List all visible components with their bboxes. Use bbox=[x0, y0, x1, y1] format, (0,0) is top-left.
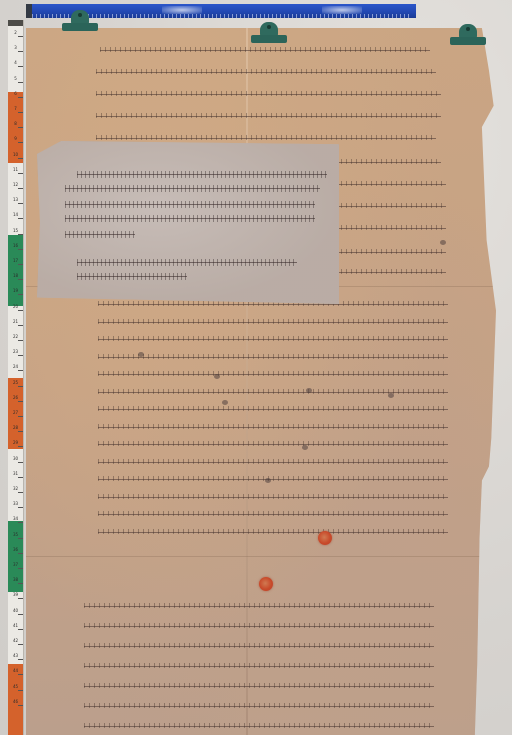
tape-tick bbox=[18, 629, 23, 630]
ruler-tick bbox=[232, 14, 233, 18]
tape-tick bbox=[18, 477, 23, 478]
script-line bbox=[98, 388, 448, 396]
script-glyphs bbox=[98, 423, 448, 431]
ink-blot bbox=[222, 400, 228, 405]
tape-number: 22 bbox=[9, 334, 22, 339]
tape-number: 14 bbox=[9, 212, 22, 217]
ruler-tick bbox=[268, 14, 269, 18]
script-line bbox=[96, 90, 441, 98]
script-glyphs bbox=[98, 405, 448, 413]
clip-handle bbox=[71, 10, 89, 24]
script-glyphs bbox=[77, 273, 187, 280]
tape-number: 12 bbox=[9, 182, 22, 187]
clip-jaw bbox=[450, 37, 486, 45]
ruler-tick bbox=[100, 14, 101, 18]
ink-blot bbox=[265, 478, 271, 483]
ruler-tick bbox=[188, 14, 189, 18]
script-glyphs bbox=[96, 68, 436, 76]
ruler-tick bbox=[264, 14, 265, 18]
tape-number: 7 bbox=[9, 106, 22, 111]
ruler-tick bbox=[168, 14, 169, 18]
ruler-tick bbox=[308, 14, 309, 18]
ruler-tick bbox=[136, 14, 137, 18]
ruler-tick bbox=[320, 14, 321, 18]
ruler-tick bbox=[144, 14, 145, 18]
ruler-tick bbox=[324, 14, 325, 18]
red-seal-stamp bbox=[318, 531, 332, 545]
script-glyphs bbox=[98, 528, 448, 536]
script-line bbox=[84, 722, 434, 730]
tape-tick bbox=[18, 416, 23, 417]
tape-tick bbox=[18, 659, 23, 660]
clip-jaw bbox=[62, 23, 98, 31]
ruler-tick bbox=[116, 14, 117, 18]
ruler-tick bbox=[192, 14, 193, 18]
script-line bbox=[336, 158, 441, 166]
ruler-tick bbox=[316, 14, 317, 18]
ruler-tick bbox=[280, 14, 281, 18]
tape-number: 3 bbox=[9, 45, 22, 50]
tape-number: 13 bbox=[9, 197, 22, 202]
ruler-tick bbox=[396, 14, 397, 18]
patch-script-line bbox=[77, 259, 297, 266]
script-line bbox=[98, 458, 448, 466]
patch-script-line bbox=[65, 215, 315, 222]
tape-tick bbox=[18, 522, 23, 523]
tape-number: 45 bbox=[9, 684, 22, 689]
script-glyphs bbox=[98, 440, 448, 448]
script-line bbox=[336, 248, 446, 256]
tape-number: 42 bbox=[9, 638, 22, 643]
tape-tick bbox=[18, 370, 23, 371]
script-glyphs bbox=[98, 388, 448, 396]
tape-number: 21 bbox=[9, 319, 22, 324]
ruler-tick bbox=[32, 14, 33, 18]
ink-blot bbox=[440, 240, 446, 245]
tape-tick bbox=[18, 325, 23, 326]
ruler-tick bbox=[392, 14, 393, 18]
script-line bbox=[98, 405, 448, 413]
tape-number: 33 bbox=[9, 501, 22, 506]
ruler-glare bbox=[162, 6, 202, 14]
tape-number: 39 bbox=[9, 592, 22, 597]
tape-number: 20 bbox=[9, 304, 22, 309]
script-glyphs bbox=[84, 702, 434, 710]
ruler-tick bbox=[300, 14, 301, 18]
script-line bbox=[98, 423, 448, 431]
ruler-tick bbox=[60, 14, 61, 18]
script-line bbox=[84, 682, 434, 690]
tape-tick bbox=[18, 142, 23, 143]
ruler-tick bbox=[156, 14, 157, 18]
ruler-tick bbox=[200, 14, 201, 18]
tape-number: 40 bbox=[9, 608, 22, 613]
tape-tick bbox=[18, 218, 23, 219]
clip-handle bbox=[459, 24, 477, 38]
tape-tick bbox=[18, 51, 23, 52]
ruler-tick bbox=[184, 14, 185, 18]
script-glyphs bbox=[84, 722, 434, 730]
tape-tick bbox=[18, 310, 23, 311]
ruler-tick bbox=[236, 14, 237, 18]
script-line bbox=[98, 335, 448, 343]
tape-tick bbox=[18, 583, 23, 584]
ink-blot bbox=[306, 388, 312, 393]
tape-number: 2 bbox=[9, 30, 22, 35]
script-line bbox=[98, 510, 448, 518]
ruler-tick bbox=[372, 14, 373, 18]
tape-tick bbox=[18, 36, 23, 37]
ruler-tick bbox=[276, 14, 277, 18]
script-line bbox=[98, 353, 448, 361]
script-glyphs bbox=[336, 224, 446, 232]
script-line bbox=[98, 318, 448, 326]
script-glyphs bbox=[84, 682, 434, 690]
clip-handle bbox=[260, 22, 278, 36]
tape-number: 15 bbox=[9, 228, 22, 233]
ruler-tick bbox=[352, 14, 353, 18]
tape-number: 35 bbox=[9, 532, 22, 537]
ink-blot bbox=[388, 393, 394, 398]
script-glyphs bbox=[336, 202, 446, 210]
clip-jaw bbox=[251, 35, 287, 43]
tape-tick bbox=[18, 614, 23, 615]
ruler-tick bbox=[176, 14, 177, 18]
ruler-tick bbox=[380, 14, 381, 18]
tape-tick bbox=[18, 401, 23, 402]
script-glyphs bbox=[84, 642, 434, 650]
tape-tick bbox=[18, 234, 23, 235]
script-glyphs bbox=[77, 259, 297, 266]
ruler-tick bbox=[108, 14, 109, 18]
ruler-tick bbox=[132, 14, 133, 18]
ruler-tick bbox=[128, 14, 129, 18]
ruler-tick bbox=[248, 14, 249, 18]
ruler-tick bbox=[44, 14, 45, 18]
script-line bbox=[336, 224, 446, 232]
script-line bbox=[84, 702, 434, 710]
patch-script-line bbox=[65, 185, 320, 192]
tape-tick bbox=[18, 690, 23, 691]
ruler-tick bbox=[140, 14, 141, 18]
tape-number: 27 bbox=[9, 410, 22, 415]
tape-number: 31 bbox=[9, 471, 22, 476]
script-glyphs bbox=[84, 622, 434, 630]
ruler-tick bbox=[332, 14, 333, 18]
ruler-tick bbox=[152, 14, 153, 18]
ruler-tick bbox=[112, 14, 113, 18]
ruler-tick bbox=[104, 14, 105, 18]
script-glyphs bbox=[98, 318, 448, 326]
tape-number: 29 bbox=[9, 440, 22, 445]
script-line bbox=[96, 112, 441, 120]
script-glyphs bbox=[98, 510, 448, 518]
tape-number: 8 bbox=[9, 121, 22, 126]
ruler-tick bbox=[196, 14, 197, 18]
tape-number: 28 bbox=[9, 425, 22, 430]
patch-script-line bbox=[77, 171, 327, 178]
ruler-tick bbox=[256, 14, 257, 18]
patch-script-line bbox=[65, 201, 315, 208]
ink-blot bbox=[302, 445, 308, 450]
tape-tick bbox=[18, 97, 23, 98]
tape-number: 24 bbox=[9, 364, 22, 369]
script-line bbox=[336, 202, 446, 210]
tape-number: 43 bbox=[9, 653, 22, 658]
tape-number: 16 bbox=[9, 243, 22, 248]
ruler-tick bbox=[408, 14, 409, 18]
ruler-tick bbox=[180, 14, 181, 18]
tape-number: 34 bbox=[9, 516, 22, 521]
ruler-tick bbox=[292, 14, 293, 18]
script-line bbox=[96, 68, 436, 76]
script-line bbox=[336, 268, 446, 276]
repair-patch bbox=[37, 141, 339, 304]
script-line bbox=[98, 493, 448, 501]
script-line bbox=[96, 134, 436, 142]
script-line bbox=[98, 475, 448, 483]
tape-tick bbox=[18, 568, 23, 569]
script-glyphs bbox=[65, 215, 315, 222]
tape-number: 5 bbox=[9, 76, 22, 81]
ruler-tick bbox=[284, 14, 285, 18]
ruler-tick bbox=[220, 14, 221, 18]
tape-tick bbox=[18, 112, 23, 113]
ruler-tick bbox=[388, 14, 389, 18]
ruler-tick bbox=[376, 14, 377, 18]
ruler-tick bbox=[172, 14, 173, 18]
ink-blot bbox=[214, 374, 220, 379]
tape-tick bbox=[18, 355, 23, 356]
binder-clip-right bbox=[450, 24, 486, 48]
tape-tick bbox=[18, 446, 23, 447]
tape-number: 36 bbox=[9, 547, 22, 552]
script-line bbox=[84, 602, 434, 610]
ruler-tick bbox=[120, 14, 121, 18]
tape-number: 46 bbox=[9, 699, 22, 704]
tape-number: 44 bbox=[9, 668, 22, 673]
tape-tick bbox=[18, 82, 23, 83]
tape-tick bbox=[18, 462, 23, 463]
script-glyphs bbox=[98, 458, 448, 466]
ruler-tick bbox=[344, 14, 345, 18]
ruler-tick bbox=[204, 14, 205, 18]
ruler-tick bbox=[296, 14, 297, 18]
script-glyphs bbox=[65, 185, 320, 192]
tape-tick bbox=[18, 644, 23, 645]
tape-number: 6 bbox=[9, 91, 22, 96]
tape-tick bbox=[18, 279, 23, 280]
ruler-tick bbox=[364, 14, 365, 18]
ruler-tick bbox=[52, 14, 53, 18]
ruler-tick bbox=[228, 14, 229, 18]
ruler-tick bbox=[260, 14, 261, 18]
paper-fold bbox=[26, 556, 496, 557]
tape-tick bbox=[18, 598, 23, 599]
ruler-tick bbox=[340, 14, 341, 18]
tape-tick bbox=[18, 249, 23, 250]
tape-number: 9 bbox=[9, 136, 22, 141]
ruler-glare bbox=[322, 6, 362, 14]
ruler-tick bbox=[56, 14, 57, 18]
tape-tick bbox=[18, 674, 23, 675]
tape-tick bbox=[18, 127, 23, 128]
ruler-tick bbox=[356, 14, 357, 18]
tape-number: 18 bbox=[9, 273, 22, 278]
ruler-tick bbox=[400, 14, 401, 18]
tape-tick bbox=[18, 538, 23, 539]
script-glyphs bbox=[84, 662, 434, 670]
ruler-tick bbox=[368, 14, 369, 18]
ruler-tick bbox=[160, 14, 161, 18]
tape-number: 37 bbox=[9, 562, 22, 567]
tape-tick bbox=[18, 705, 23, 706]
script-glyphs bbox=[336, 158, 441, 166]
left-measuring-tape: 2345678910111213141516171819202122232425… bbox=[8, 20, 24, 735]
tape-number: 11 bbox=[9, 167, 22, 172]
script-line bbox=[84, 642, 434, 650]
ruler-tick bbox=[224, 14, 225, 18]
ruler-tick bbox=[348, 14, 349, 18]
script-line bbox=[98, 440, 448, 448]
ruler-tick bbox=[328, 14, 329, 18]
ruler-tick bbox=[48, 14, 49, 18]
tape-number: 17 bbox=[9, 258, 22, 263]
script-glyphs bbox=[98, 475, 448, 483]
script-line bbox=[84, 662, 434, 670]
ruler-tick bbox=[252, 14, 253, 18]
tape-tick bbox=[18, 66, 23, 67]
tape-tick bbox=[18, 386, 23, 387]
ruler-tick bbox=[336, 14, 337, 18]
tape-tick bbox=[18, 158, 23, 159]
script-glyphs bbox=[98, 335, 448, 343]
script-glyphs bbox=[336, 180, 446, 188]
script-glyphs bbox=[98, 493, 448, 501]
tape-number: 30 bbox=[9, 456, 22, 461]
tape-tick bbox=[18, 264, 23, 265]
tape-tick bbox=[18, 188, 23, 189]
script-line bbox=[336, 180, 446, 188]
ruler-tick bbox=[384, 14, 385, 18]
ruler-tick bbox=[304, 14, 305, 18]
tape-number: 23 bbox=[9, 349, 22, 354]
ruler-tick bbox=[360, 14, 361, 18]
script-glyphs bbox=[98, 353, 448, 361]
ruler-tick bbox=[312, 14, 313, 18]
script-glyphs bbox=[65, 201, 315, 208]
script-line bbox=[100, 46, 430, 54]
ruler-tick bbox=[212, 14, 213, 18]
ruler-tick bbox=[164, 14, 165, 18]
script-glyphs bbox=[98, 370, 448, 378]
script-glyphs bbox=[77, 171, 327, 178]
tape-number: 41 bbox=[9, 623, 22, 628]
script-glyphs bbox=[336, 248, 446, 256]
script-glyphs bbox=[96, 134, 436, 142]
tape-tick bbox=[18, 492, 23, 493]
tape-number: 4 bbox=[9, 60, 22, 65]
tape-number: 19 bbox=[9, 288, 22, 293]
patch-script-line bbox=[77, 273, 187, 280]
tape-number: 38 bbox=[9, 577, 22, 582]
ruler-tick bbox=[244, 14, 245, 18]
ruler-tick bbox=[404, 14, 405, 18]
ink-blot bbox=[138, 352, 144, 357]
binder-clip-center bbox=[251, 22, 287, 46]
tape-tick bbox=[18, 203, 23, 204]
tape-tick bbox=[18, 294, 23, 295]
script-glyphs bbox=[96, 112, 441, 120]
script-glyphs bbox=[336, 268, 446, 276]
script-line bbox=[98, 528, 448, 536]
script-glyphs bbox=[84, 602, 434, 610]
ruler-tick bbox=[36, 14, 37, 18]
tape-number: 10 bbox=[9, 152, 22, 157]
ruler-tick bbox=[148, 14, 149, 18]
tape-tick bbox=[18, 431, 23, 432]
tape-tick bbox=[18, 173, 23, 174]
ruler-tick bbox=[40, 14, 41, 18]
ruler-tick bbox=[124, 14, 125, 18]
manuscript-sheet bbox=[26, 28, 496, 735]
tape-number: 26 bbox=[9, 395, 22, 400]
tape-tick bbox=[18, 553, 23, 554]
ruler-tick bbox=[288, 14, 289, 18]
tape-number: 25 bbox=[9, 380, 22, 385]
script-glyphs bbox=[100, 46, 430, 54]
script-line bbox=[84, 622, 434, 630]
patch-script-line bbox=[65, 231, 135, 238]
script-glyphs bbox=[96, 90, 441, 98]
ruler-tick bbox=[240, 14, 241, 18]
script-glyphs bbox=[65, 231, 135, 238]
red-seal-stamp bbox=[259, 577, 273, 591]
ruler-tick bbox=[272, 14, 273, 18]
binder-clip-left bbox=[62, 10, 98, 34]
tape-tick bbox=[18, 507, 23, 508]
script-line bbox=[98, 370, 448, 378]
ruler-tick bbox=[208, 14, 209, 18]
ruler-tick bbox=[216, 14, 217, 18]
tape-tick bbox=[18, 340, 23, 341]
tape-number: 32 bbox=[9, 486, 22, 491]
